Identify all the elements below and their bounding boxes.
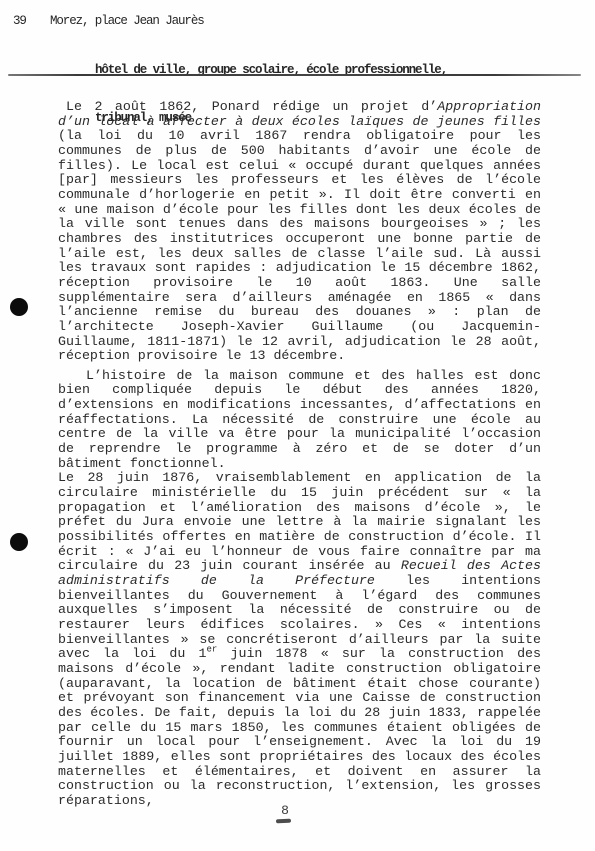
entry-title: Morez, place Jean Jaurès bbox=[50, 14, 204, 28]
header-rule bbox=[8, 74, 581, 76]
entry-number: 39 bbox=[13, 14, 26, 28]
text-segment: L’histoire de la maison commune et des h… bbox=[58, 368, 541, 471]
paragraph: L’histoire de la maison commune et des h… bbox=[58, 369, 541, 472]
text-segment: juin 1878 « sur la construction des mais… bbox=[58, 646, 541, 808]
body-text: Le 2 août 1862, Ponard rédige un projet … bbox=[58, 100, 541, 809]
margin-dot-icon bbox=[10, 298, 28, 316]
text-segment: (la loi du 10 avril 1867 rendra obligato… bbox=[58, 128, 541, 363]
margin-dot-icon bbox=[10, 533, 28, 551]
fold-dash-mark-icon bbox=[276, 819, 291, 824]
text-segment: er bbox=[207, 645, 218, 655]
text-segment: Le 2 août 1862, Ponard rédige un projet … bbox=[66, 99, 437, 114]
page-number: 8 bbox=[263, 803, 307, 818]
paragraph: Le 2 août 1862, Ponard rédige un projet … bbox=[58, 100, 541, 364]
paragraph: Le 28 juin 1876, vraisemblablement en ap… bbox=[58, 471, 541, 808]
document-page: 39 Morez, place Jean Jaurès hôtel de vil… bbox=[0, 0, 595, 851]
